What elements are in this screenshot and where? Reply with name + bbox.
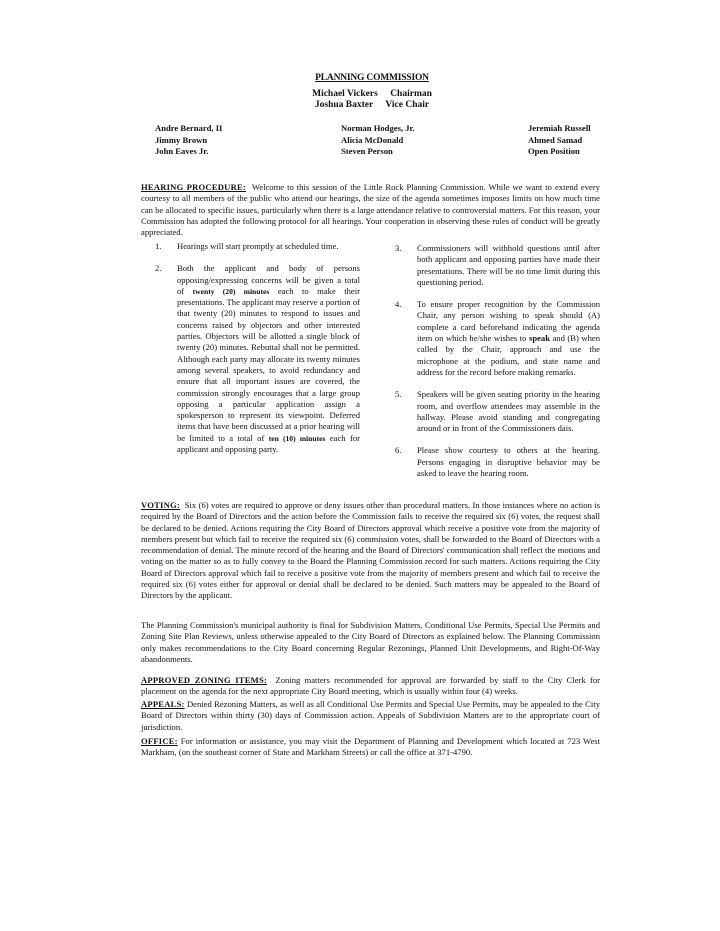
officer-chairman: Michael Vickers Chairman <box>0 89 720 99</box>
section-text: Denied Rezoning Matters, as well as all … <box>141 699 600 732</box>
rule-item: 6. Please show courtesy to others at the… <box>395 445 600 479</box>
rule-number: 5. <box>395 389 401 400</box>
rule-emphasis: speak <box>529 333 550 343</box>
rule-text: Please show courtesy to others at the he… <box>417 445 600 478</box>
member-name: Steven Person <box>341 146 415 158</box>
rule-number: 4. <box>395 299 401 310</box>
member-name: Alicia McDonald <box>341 135 415 147</box>
rules-column-left: 1. Hearings will start promptly at sched… <box>155 241 360 466</box>
member-name: Andre Bernard, II <box>155 123 222 135</box>
section-heading: HEARING PROCEDURE: <box>141 182 246 192</box>
member-name: Jeremiah Russell <box>528 123 591 135</box>
rule-item: 2. Both the applicant and body of person… <box>155 263 360 455</box>
section-heading: VOTING: <box>141 500 180 510</box>
voting-paragraph: VOTING: Six (6) votes are required to ap… <box>141 500 600 602</box>
member-name: Jimmy Brown <box>155 135 222 147</box>
officer-name: Michael Vickers <box>312 89 378 99</box>
rule-item: 4. To ensure proper recognition by the C… <box>395 299 600 378</box>
officer-role: Vice Chair <box>385 100 429 110</box>
section-heading: OFFICE: <box>141 736 178 746</box>
rule-item: 3. Commissioners will withhold questions… <box>395 243 600 288</box>
rule-text: Hearings will start promptly at schedule… <box>177 241 339 251</box>
section-heading: APPROVED ZONING ITEMS: <box>141 675 267 685</box>
rule-number: 3. <box>395 243 401 254</box>
members-column-1: Andre Bernard, II Jimmy Brown John Eaves… <box>155 123 222 158</box>
officer-role: Chairman <box>390 89 432 99</box>
member-name: Ahmed Samad <box>528 135 591 147</box>
rule-number: 2. <box>155 263 161 274</box>
section-heading: APPEALS: <box>141 699 185 709</box>
section-text: Six (6) votes are required to approve or… <box>141 500 600 600</box>
rule-emphasis: twenty (20) minutes <box>193 287 270 296</box>
rule-item: 1. Hearings will start promptly at sched… <box>155 241 360 252</box>
section-text: For information or assistance, you may v… <box>141 736 600 757</box>
rule-text: Commissioners will withhold questions un… <box>417 243 600 287</box>
rule-number: 1. <box>155 241 161 252</box>
hearing-procedure-paragraph: HEARING PROCEDURE: Welcome to this sessi… <box>141 182 600 238</box>
members-column-2: Norman Hodges, Jr. Alicia McDonald Steve… <box>341 123 415 158</box>
approved-zoning-paragraph: APPROVED ZONING ITEMS: Zoning matters re… <box>141 675 600 698</box>
officer-vice-chair: Joshua Baxter Vice Chair <box>0 100 720 110</box>
document-page: PLANNING COMMISSION Michael Vickers Chai… <box>0 0 720 931</box>
rule-number: 6. <box>395 445 401 456</box>
office-paragraph: OFFICE: For information or assistance, y… <box>141 736 600 759</box>
rules-column-right: 3. Commissioners will withhold questions… <box>395 243 600 490</box>
appeals-paragraph: APPEALS: Denied Rezoning Matters, as wel… <box>141 699 600 733</box>
rule-emphasis: ten (10) minutes <box>269 434 326 443</box>
authority-paragraph: The Planning Commission's municipal auth… <box>141 620 600 665</box>
rule-text: each to make their presentations. The ap… <box>177 286 360 443</box>
officer-name: Joshua Baxter <box>315 100 373 110</box>
member-name: John Eaves Jr. <box>155 146 222 158</box>
document-title: PLANNING COMMISSION <box>0 73 720 83</box>
member-name: Norman Hodges, Jr. <box>341 123 415 135</box>
section-text: The Planning Commission's municipal auth… <box>141 620 600 664</box>
rule-text: Speakers will be given seating priority … <box>417 389 600 433</box>
member-name: Open Position <box>528 146 591 158</box>
rule-item: 5. Speakers will be given seating priori… <box>395 389 600 434</box>
members-column-3: Jeremiah Russell Ahmed Samad Open Positi… <box>528 123 591 158</box>
